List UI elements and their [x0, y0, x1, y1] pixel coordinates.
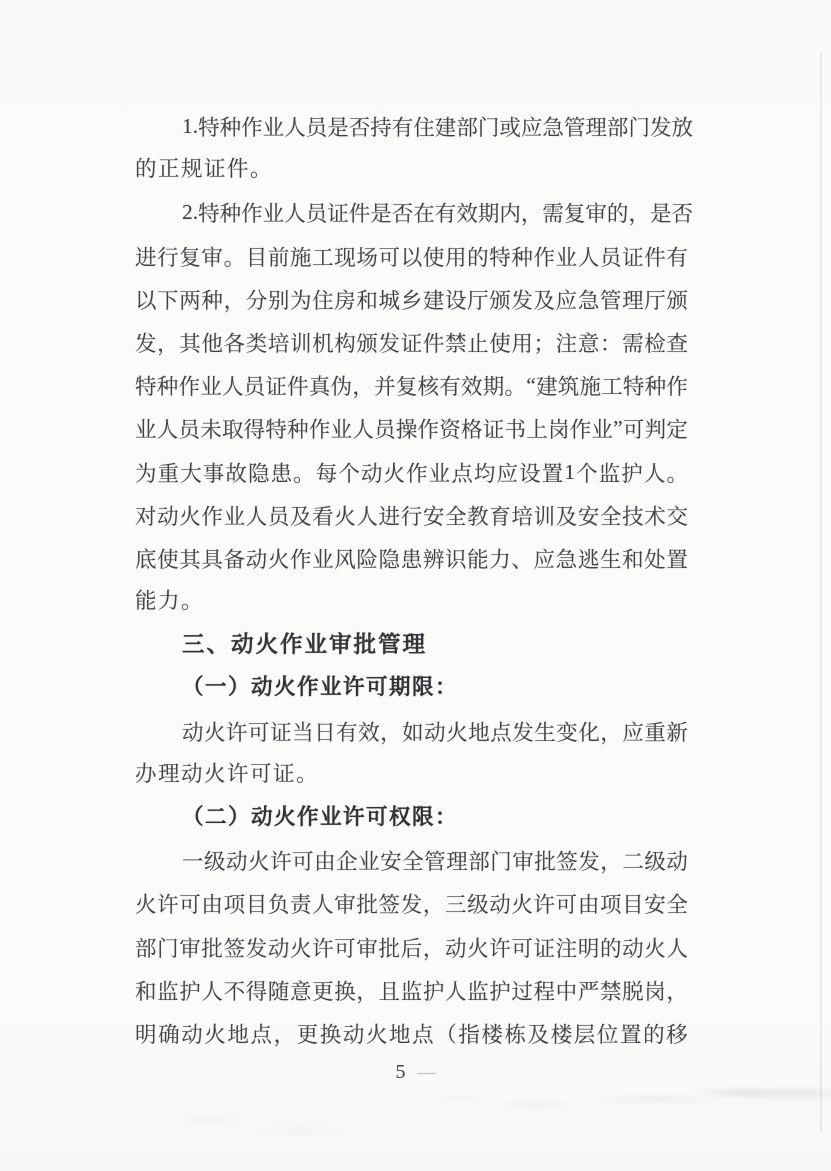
text-line: 能力。 [135, 580, 688, 623]
text-line: 发，其他各类培训机构颁发证件禁止使用；注意：需检查 [135, 321, 688, 364]
scan-noise [410, 1080, 831, 1125]
text-line: 明确动火地点，更换动火地点（指楼栋及楼层位置的移 [135, 1012, 688, 1055]
text-line: 特种作业人员证件真伪，并复核有效期。“建筑施工特种作 [135, 364, 688, 407]
scan-edge-line [820, 52, 822, 1132]
text-line: 进行复审。目前施工现场可以使用的特种作业人员证件有 [135, 235, 688, 278]
page-footer: 5— [0, 1061, 831, 1084]
text-line: 办理动火许可证。 [135, 753, 688, 796]
text-line: 2.特种作业人员证件是否在有效期内，需复审的，是否 [135, 191, 688, 234]
text-line: 一级动火许可由企业安全管理部门审批签发，二级动 [135, 839, 688, 882]
text-line: 的正规证件。 [135, 148, 688, 191]
sub-heading: （二）动火作业许可权限： [135, 796, 688, 839]
text-line: 和监护人不得随意更换，且监护人监护过程中严禁脱岗， [135, 969, 688, 1012]
document-body: 1.特种作业人员是否持有住建部门或应急管理部门发放的正规证件。2.特种作业人员证… [135, 105, 688, 1055]
section-heading: 三、动火作业审批管理 [135, 623, 688, 666]
text-line: 底使其具备动火作业风险隐患辨识能力、应急逃生和处置 [135, 537, 688, 580]
text-line: 以下两种，分别为住房和城乡建设厅颁发及应急管理厅颁 [135, 278, 688, 321]
text-line: 1.特种作业人员是否持有住建部门或应急管理部门发放 [135, 105, 688, 148]
text-line: 业人员未取得特种作业人员操作资格证书上岗作业”可判定 [135, 407, 688, 450]
sub-heading: （一）动火作业许可期限： [135, 666, 688, 709]
text-line: 对动火作业人员及看火人进行安全教育培训及安全技术交 [135, 494, 688, 537]
text-line: 为重大事故隐患。每个动火作业点均应设置1个监护人。 [135, 451, 688, 494]
footer-dash: — [418, 1062, 436, 1082]
scan-noise-left [90, 1100, 390, 1150]
text-line: 部门审批签发动火许可审批后，动火许可证注明的动火人 [135, 926, 688, 969]
text-line: 火许可由项目负责人审批签发，三级动火许可由项目安全 [135, 882, 688, 925]
page-number: 5 [396, 1061, 406, 1083]
text-line: 动火许可证当日有效，如动火地点发生变化，应重新 [135, 710, 688, 753]
scanned-page: 1.特种作业人员是否持有住建部门或应急管理部门发放的正规证件。2.特种作业人员证… [0, 0, 831, 1171]
